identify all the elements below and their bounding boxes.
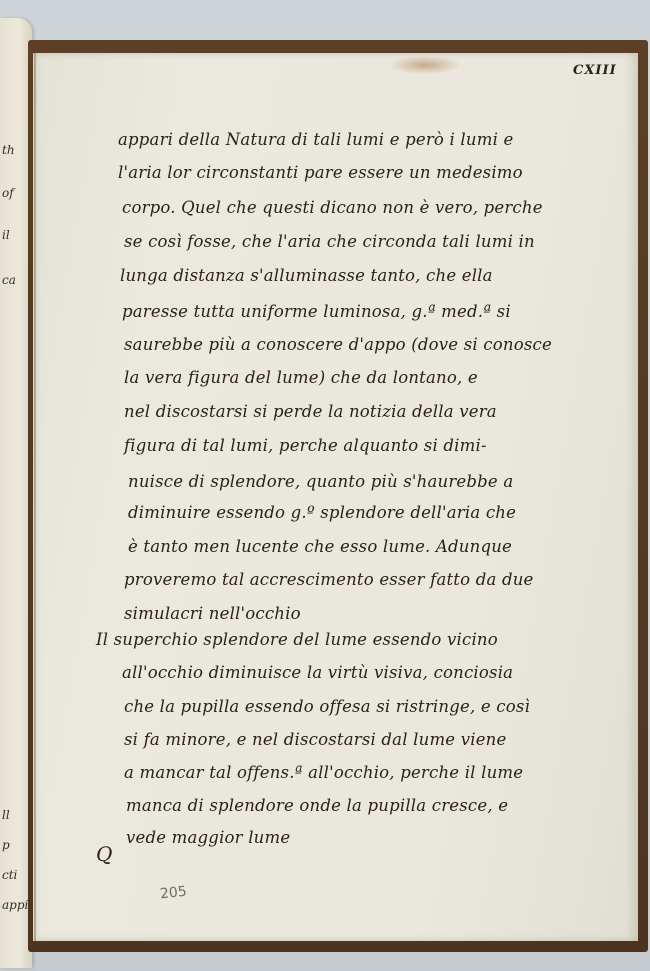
text-line: è tanto men lucente che esso lume. Adunq… [128,537,512,556]
text-line: proveremo tal accrescimento esser fatto … [124,570,534,589]
text-line: se così fosse, che l'aria che circonda t… [124,232,535,251]
text-line: vede maggior lume [126,828,290,847]
text-line: all'occhio diminuisce la virtù visiva, c… [122,663,513,682]
pencil-page-number: 205 [159,884,187,903]
text-line: a mancar tal offens.ª all'occhio, perche… [124,763,523,782]
text-line: simulacri nell'occhio [124,604,301,623]
text-line: saurebbe più a conoscere d'appo (dove si… [124,335,552,354]
text-line: si fa minore, e nel discostarsi dal lume… [124,730,506,749]
text-line: paresse tutta uniforme luminosa, g.ª med… [122,302,511,321]
text-line: manca di splendore onde la pupilla cresc… [126,796,508,815]
text-line: appari della Natura di tali lumi e però … [118,130,513,149]
text-line: nel discostarsi si perde la notizia dell… [124,402,497,421]
manuscript-text: appari della Natura di tali lumi e però … [0,0,650,971]
text-line: che la pupilla essendo offesa si ristrin… [124,697,530,716]
text-line: corpo. Quel che questi dicano non è vero… [122,198,543,217]
text-line: lunga distanza s'alluminasse tanto, che … [120,266,493,285]
text-line: nuisce di splendore, quanto più s'haureb… [128,472,513,491]
text-line: la vera figura del lume) che da lontano,… [124,368,478,387]
text-line: l'aria lor circonstanti pare essere un m… [118,163,523,182]
text-line: diminuire essendo g.º splendore dell'ari… [128,503,516,522]
text-line: Il superchio splendore del lume essendo … [96,630,498,649]
text-line: figura di tal lumi, perche alquanto si d… [124,436,487,455]
catchword: Q [96,842,112,866]
